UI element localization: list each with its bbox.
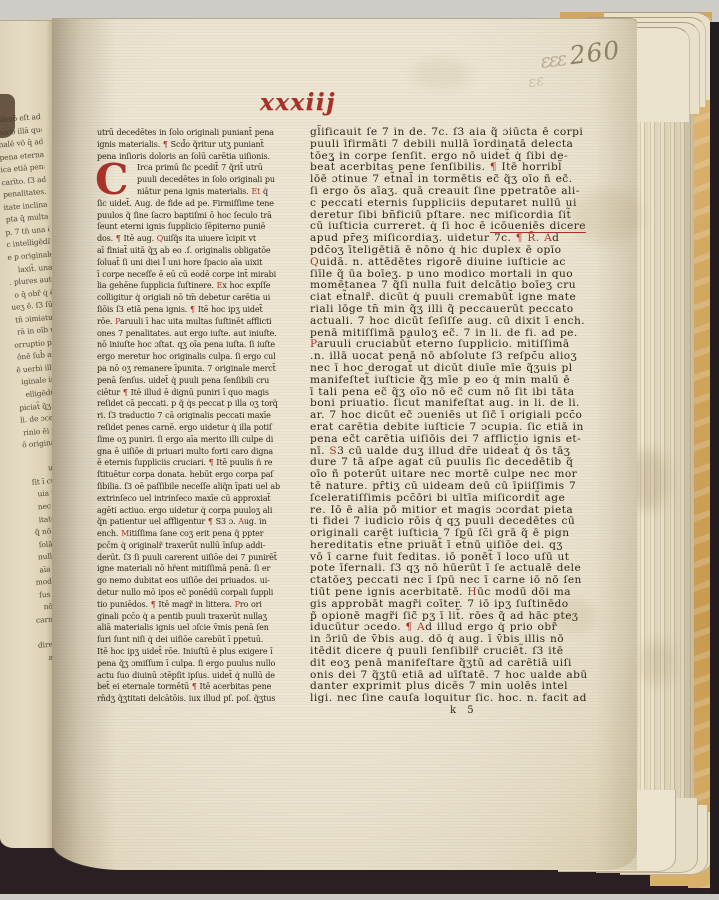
- text-line: ench. Mitiſſima ſane coʒ erit pena q̃ pp…: [97, 528, 289, 540]
- text-line: tio puniēdos. ¶ Itē magr̃ in littera. Pr…: [97, 599, 289, 611]
- text-line: c peccati eternis ſuppliciis deputaret n…: [310, 198, 608, 210]
- text-line: actuali. 7 hoc dicūt ſeſiſſe aug. cū dix…: [310, 316, 608, 328]
- text-line: aliā materialis ignis uel ɔſcie v̄mis pe…: [97, 622, 289, 634]
- text-line: ſuri ſunt niſi q̇ dei uiſiōe carebūt ī p…: [97, 634, 289, 646]
- text-line: extrinſeco uel intrinſeco maxīe cū appro…: [97, 493, 289, 505]
- text-line: ſoluat̃ ſi uni diei l̃ uni hore ſpacio a…: [97, 257, 289, 269]
- text-column-left: utrū decedētes in ſolo originali puniant…: [97, 127, 289, 705]
- text-line: puuli decedētes in ſolo originali pu: [97, 174, 289, 186]
- text-line: reſidet penes carnē. ergo uidetur q̇ ill…: [97, 422, 289, 434]
- text-line: ginali pcc̄o q̇ a pentib puuli traxerūt …: [97, 611, 289, 623]
- text-line: pcc̄m q̇ originalr̃ traxerūt nullū īnſup…: [97, 540, 289, 552]
- text-line: ſeunt eterni ignis ſupplicio ſēpiterno p…: [97, 221, 289, 233]
- text-line: aī finiat̃ uitā q̃ʒ ab eo .ſ. originalis…: [97, 245, 289, 257]
- photo-background: { "colors": { "red": "#a93127", "ink": "…: [0, 0, 719, 900]
- text-line: rn̄dʒ q̃ʒtitati delcātōis. iux illud pſ.…: [97, 693, 289, 705]
- text-line: ſibilia. ſ3 oē paſſibile neceſſe aliq̃n …: [97, 481, 289, 493]
- text-line: Itē hoc ipʒ uidet̃ rōe. Iniuſtū ē plus e…: [97, 646, 289, 658]
- text-line: nō iniuſte hoc ɔſtat. qʒ oīa pena iuſta.…: [97, 339, 289, 351]
- text-line: pena ec̃t carētia uiſiōis dei 7 afflicti…: [310, 434, 608, 446]
- quire-signature-mark: k 5: [450, 705, 478, 716]
- text-line: ignis materialis. ¶ Scd̄o q̃ritur utʒ pu…: [97, 139, 289, 151]
- text-line: q̃n patientur uel affligentur ¶ S3 ɔ. Au…: [97, 516, 289, 528]
- text-line: ſic uidet̃. Aug. de fide ad pe. Firmiſſi…: [97, 198, 289, 210]
- text-line: detur nullo mō ipos ec̃ ponēdū corpali ſ…: [97, 587, 289, 599]
- text-line: pena inſioris doloris an ſolū carētia ui…: [97, 151, 289, 163]
- text-line: puulos q̃ ſine ſacro baptiſmi ō hoc ſecu…: [97, 210, 289, 222]
- text-column-right: gl̃ificauit ſe 7 in de. 7c. ſ3 aia q̃ ɔi…: [310, 127, 608, 705]
- handwritten-folio-number: 260: [568, 35, 622, 70]
- text-line: ſi ergo ōs aīaʒ. quā creauit ſine ppetra…: [310, 186, 608, 198]
- gutter-shadow-wedge: [0, 94, 15, 138]
- backdrop-right-sliver: [710, 22, 719, 894]
- text-line: go nemo dubitat eos uiſiōe dei priuados.…: [97, 575, 289, 587]
- text-line: colligitur q̇ origiali nō tm̄ debetur ca…: [97, 292, 289, 304]
- text-line: ligi. nec ſine cauſa loquitur ſic. hoc. …: [310, 693, 608, 705]
- text-line: Quidā. n. attēdētes rigorē diuine iuſtic…: [310, 257, 608, 269]
- text-line: manifeſtet̃ iuſticie q̃ʒ mīe p eo q̇ min…: [310, 375, 608, 387]
- text-line: ī corpe neceſſe ē eū cū eodē corpe int̃ …: [97, 269, 289, 281]
- text-line: ciētur ¶ Itē illud ē dignū puniri ī quo …: [97, 387, 289, 399]
- text-line: derūt. ſ3 ſi puuli carerent uiſiōe dei 7…: [97, 552, 289, 564]
- text-line: pa nō oʒ remanere īpunita. 7 originale m…: [97, 363, 289, 375]
- text-line: ſiōis ſ3 etiā pena ignis. ¶ Itē hoc ipʒ …: [97, 304, 289, 316]
- handwriting-flourish: ɛɛɛ: [539, 48, 566, 73]
- text-line: ergo meretur hoc originalis culpa. ſi er…: [97, 351, 289, 363]
- text-line: ones 7 penalitates. aut ergo iuſte. aut …: [97, 328, 289, 340]
- text-line: ſtituētur corpa donata. hebūt ergo corpa…: [97, 469, 289, 481]
- text-line: lia gehēne ſupplicia ſuſtinere. Ex hoc e…: [97, 280, 289, 292]
- text-line: erat carētia debite iuſticie 7 ɔcupia. ſ…: [310, 422, 608, 434]
- text-line: pena q̃ʒ ɔmiſſum ī culpa. ſi ergo puulus…: [97, 658, 289, 670]
- chapter-numeral-header: xxxiij: [260, 89, 336, 116]
- text-line: hereditatis et̃ne priuāt̃ ī et̃nū uiſiōe…: [310, 540, 608, 552]
- text-line: dit eoʒ penā manifeſtare q̃ʒtū ad carēti…: [310, 658, 608, 670]
- text-line: Irca primū ſic pcedit̃ 7 q̃rit̃ utrū: [97, 162, 289, 174]
- text-line: dos. ¶ Itē aug. Quiſq̃s ita uiuere īcipi…: [97, 233, 289, 245]
- text-line: gis approbāt magr̃i coīter. 7 iō ipʒ ſuſ…: [310, 599, 608, 611]
- text-line: igne materiali nō hr̃ent mitiſſimā penā.…: [97, 563, 289, 575]
- text-line: ri. ſ3 traductio 7 cā originalis peccati…: [97, 410, 289, 422]
- text-line: tē nature. pr̄tiʒ cū uideam deū cū īpiiſ…: [310, 481, 608, 493]
- text-line: e p originale: [7, 249, 52, 265]
- text-line: bet̃ ei eternale tormētū ¶ Itē acerbitas…: [97, 681, 289, 693]
- text-line: agēti actiuo. ergo uidetur q̇ corpa puul…: [97, 505, 289, 517]
- text-line: gna ē uiſiōe di priuari multo forti caro…: [97, 446, 289, 458]
- text-line: ſceleratiſſimis pcc̄ōri bi ultīa miſicor…: [310, 493, 608, 505]
- text-line: penā ſenſus. uidet̃ q̇ puuli pena ſenſib…: [97, 375, 289, 387]
- text-line: pdc̄oʒ īteligētiā ē nōno q̇ hic duplex ē…: [310, 245, 608, 257]
- text-line: ſime oʒ puniri. ſi ergo aīa merito illi …: [97, 434, 289, 446]
- text-line: rōe. Paruuli ī hac uita multas ſuſtinēt …: [97, 316, 289, 328]
- text-line: niātur pena ignis materialis. Et q̇: [97, 186, 289, 198]
- main-page: xxxiij C utrū decedētes in ſolo original…: [52, 18, 637, 870]
- text-line: riali lōge tn̄ min q̃ʒ illi q̃ peccauerū…: [310, 304, 608, 316]
- handwriting-flourish-faint: ɛɛ: [527, 71, 546, 92]
- text-line: utrū decedētes in ſolo originali puniant…: [97, 127, 289, 139]
- text-line: nec ī hoc derogat̃ ut dicūt diuīe mīe q̃…: [310, 363, 608, 375]
- stain: [412, 59, 472, 89]
- text-line: actu ſuo diuinū ɔtēpſit ipſus. uidet̃ q̇…: [97, 670, 289, 682]
- text-line: ē eternis ſuppliciis cruciari. ¶ Itē puu…: [97, 457, 289, 469]
- text-line: puuli īfirmāti 7 debili nullā īordinatā …: [310, 139, 608, 151]
- text-line: reſidet cā peccati. p q̃ q̇s peccat p il…: [97, 398, 289, 410]
